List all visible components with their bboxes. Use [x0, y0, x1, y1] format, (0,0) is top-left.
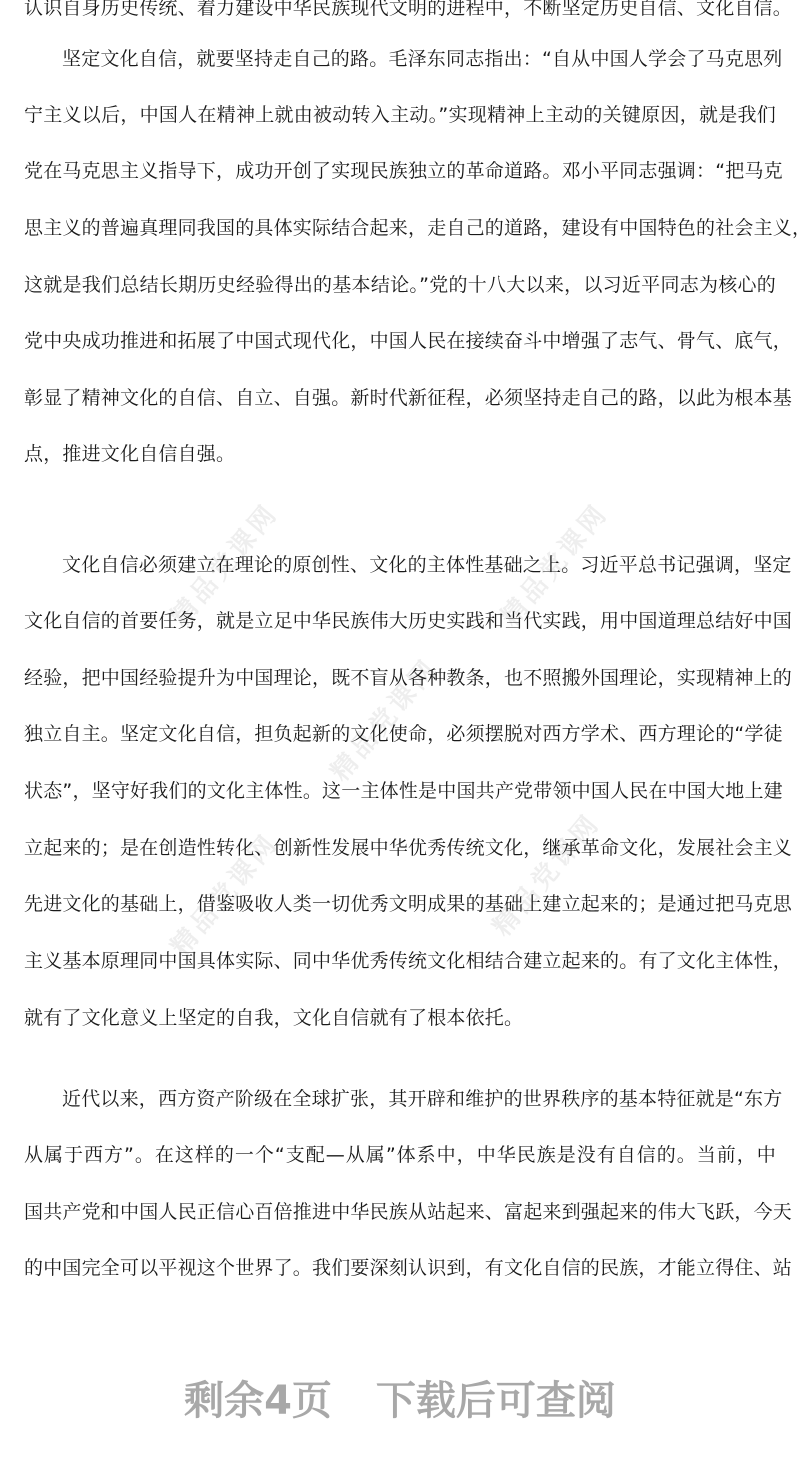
download-hint-label: 下载后可查阅 [376, 1378, 616, 1424]
paragraph-line: 国共产党和中国人民正信心百倍推进中华民族从站起来、富起来到强起来的伟大飞跃，今天 [24, 1200, 776, 1224]
paragraph-line: 党中央成功推进和拓展了中国式现代化，中国人民在接续奋斗中增强了志气、骨气、底气， [24, 329, 776, 353]
paragraph-line: 就有了文化意义上坚定的自我，文化自信就有了根本依托。 [24, 1006, 776, 1030]
paragraph-line: 思主义的普遍真理同我国的具体实际结合起来，走自己的道路，建设有中国特色的社会主义… [24, 216, 776, 240]
paragraph-line: 这就是我们总结长期历史经验得出的基本结论。”党的十八大以来，以习近平同志为核心的 [24, 273, 776, 297]
paragraph-line: 文化自信的首要任务，就是立足中华民族伟大历史实践和当代实践，用中国道理总结好中国 [24, 609, 776, 633]
watermark: 精品党课网 [483, 804, 608, 943]
paragraph-line: 文化自信必须建立在理论的原创性、文化的主体性基础之上。习近平总书记强调，坚定 [62, 553, 776, 577]
paragraph-line: 经验，把中国经验提升为中国理论，既不盲从各种教条，也不照搬外国理论，实现精神上的 [24, 666, 776, 690]
paragraph-line: 的中国完全可以平视这个世界了。我们要深刻认识到，有文化自信的民族，才能立得住、站 [24, 1256, 776, 1280]
paragraph-line: 点，推进文化自信自强。 [24, 442, 776, 466]
paragraph-line: 认识自身历史传统、着力建设中华民族现代文明的进程中，不断坚定历史自信、文化自信。 [24, 0, 776, 20]
paragraph-line: 坚定文化自信，就要坚持走自己的路。毛泽东同志指出：“自从中国人学会了马克思列 [62, 47, 776, 71]
remaining-pages-label: 剩余4页 [184, 1378, 332, 1424]
paragraph-line: 彰显了精神文化的自信、自立、自强。新时代新征程，必须坚持走自己的路，以此为根本基 [24, 386, 776, 410]
paragraph-line: 近代以来，西方资产阶级在全球扩张，其开辟和维护的世界秩序的基本特征就是“东方 [62, 1087, 776, 1111]
paragraph-line: 立起来的；是在创造性转化、创新性发展中华优秀传统文化，继承革命文化，发展社会主义 [24, 836, 776, 860]
paragraph-line: 从属于西方”。在这样的一个“支配—从属”体系中，中华民族是没有自信的。当前，中 [24, 1143, 776, 1167]
paragraph-line: 主义基本原理同中国具体实际、同中华优秀传统文化相结合建立起来的。有了文化主体性， [24, 949, 776, 973]
paragraph-line: 先进文化的基础上，借鉴吸收人类一切优秀文明成果的基础上建立起来的；是通过把马克思 [24, 892, 776, 916]
paragraph-line: 宁主义以后，中国人在精神上就由被动转入主动。”实现精神上主动的关键原因，就是我们 [24, 103, 776, 127]
paragraph-line: 状态”，坚守好我们的文化主体性。这一主体性是中国共产党带领中国人民在中国大地上建 [24, 779, 776, 803]
remaining-pages-notice[interactable]: 剩余4页下载后可查阅 [0, 1378, 800, 1424]
paragraph-line: 独立自主。坚定文化自信，担负起新的文化使命，必须摆脱对西方学术、西方理论的“学徒 [24, 722, 776, 746]
document-page: 精品党课网 精品党课网 精品党课网 精品党课网 精品党课网 认识自身历史传统、着… [0, 0, 800, 1477]
paragraph-line: 党在马克思主义指导下，成功开创了实现民族独立的革命道路。邓小平同志强调：“把马克 [24, 159, 776, 183]
